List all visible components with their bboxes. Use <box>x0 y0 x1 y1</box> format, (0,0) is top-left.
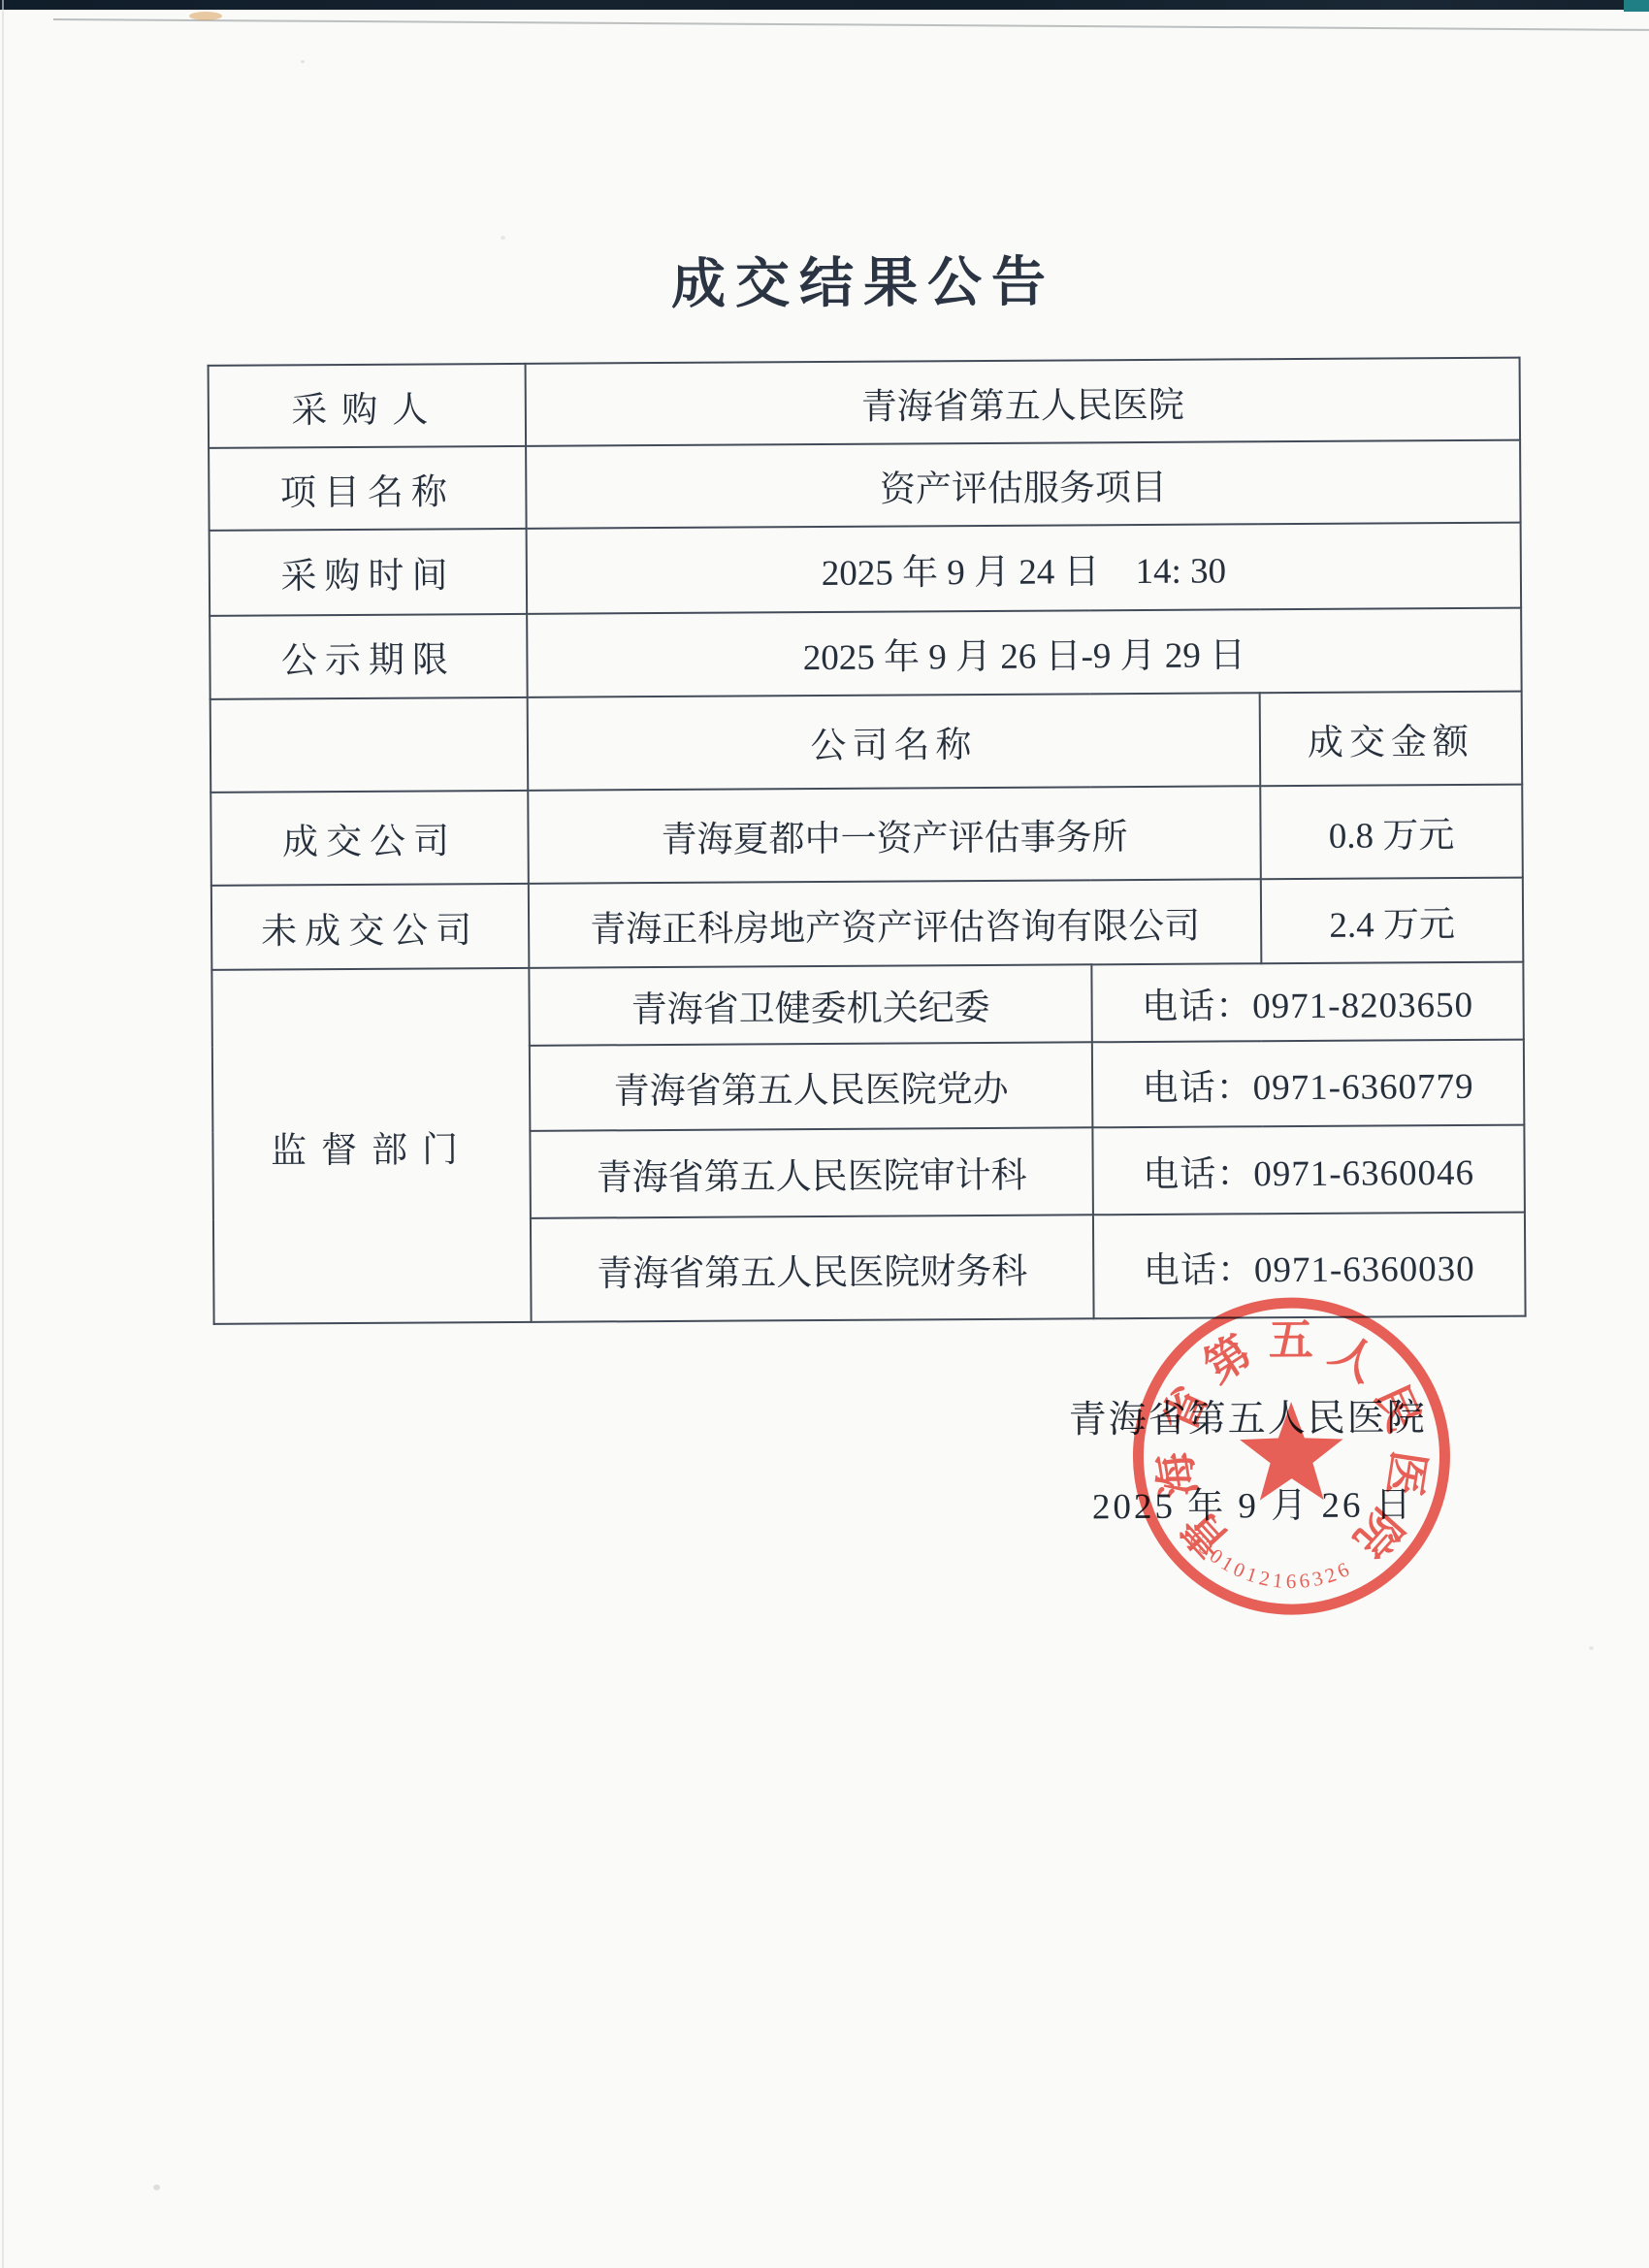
company-name: 青海夏都中一资产评估事务所 <box>528 786 1261 884</box>
document-title: 成交结果公告 <box>223 237 1503 322</box>
company-amount: 0.8 万元 <box>1260 785 1523 880</box>
row-label: 成交公司 <box>210 791 529 886</box>
company-name: 青海正科房地产资产评估咨询有限公司 <box>529 879 1262 968</box>
column-header-amount: 成交金额 <box>1260 692 1523 787</box>
supervision-department: 青海省第五人民医院财务科 <box>531 1215 1094 1322</box>
supervision-department: 青海省第五人民医院审计科 <box>530 1127 1093 1218</box>
svg-text:民: 民 <box>1366 1377 1429 1439</box>
table-row-company-header: 公司名称 成交金额 <box>210 692 1523 793</box>
table-row-purchase-time: 采购时间 2025 年 9 月 24 日 14: 30 <box>210 523 1522 616</box>
svg-text:第: 第 <box>1196 1326 1260 1392</box>
supervision-label: 监督部门 <box>211 968 531 1324</box>
announcement-table: 采购人 青海省第五人民医院 项目名称 资产评估服务项目 采购时间 2025 年 … <box>208 357 1527 1325</box>
table-row-publicity-period: 公示期限 2025 年 9 月 26 日-9 月 29 日 <box>210 608 1522 699</box>
document-sheet: 成交结果公告 采购人 青海省第五人民医院 项目名称 资产评估服务项目 采购时间 … <box>0 0 1649 2268</box>
table-row-purchaser: 采购人 青海省第五人民医院 <box>209 358 1521 448</box>
row-label: 未成交公司 <box>211 884 530 970</box>
row-value: 资产评估服务项目 <box>526 440 1521 529</box>
official-seal-stamp: 青 海 省 第 五 人 民 医 院 6301012166326 <box>1125 1290 1457 1622</box>
scanned-page: 成交结果公告 采购人 青海省第五人民医院 项目名称 资产评估服务项目 采购时间 … <box>0 0 1649 2268</box>
row-label: 公示期限 <box>210 614 528 699</box>
row-label: 采购人 <box>209 364 527 448</box>
supervision-phone: 电话：0971-8203650 <box>1091 962 1524 1043</box>
empty-cell <box>210 697 529 793</box>
row-value: 2025 年 9 月 24 日 14: 30 <box>527 523 1522 614</box>
row-value: 2025 年 9 月 26 日-9 月 29 日 <box>527 608 1522 697</box>
supervision-department: 青海省第五人民医院党办 <box>530 1042 1093 1131</box>
svg-text:医: 医 <box>1378 1447 1434 1499</box>
supervision-phone: 电话：0971-6360046 <box>1092 1125 1525 1215</box>
row-label: 采购时间 <box>210 529 528 616</box>
svg-text:海: 海 <box>1149 1449 1206 1502</box>
table-row-winning-company: 成交公司 青海夏都中一资产评估事务所 0.8 万元 <box>210 785 1523 886</box>
company-amount: 2.4 万元 <box>1261 878 1524 964</box>
row-value: 青海省第五人民医院 <box>526 358 1521 446</box>
stamp-star-icon <box>1240 1402 1343 1501</box>
supervision-phone: 电话：0971-6360779 <box>1092 1040 1525 1128</box>
row-label: 项目名称 <box>209 446 527 531</box>
column-header-company-name: 公司名称 <box>528 693 1261 791</box>
table-row-project-name: 项目名称 资产评估服务项目 <box>209 440 1521 531</box>
svg-text:人: 人 <box>1322 1326 1386 1392</box>
table-row-losing-company: 未成交公司 青海正科房地产资产评估咨询有限公司 2.4 万元 <box>211 878 1524 970</box>
table-row-supervision-1: 监督部门 青海省卫健委机关纪委 电话：0971-8203650 <box>211 962 1523 1048</box>
svg-text:五: 五 <box>1269 1315 1313 1365</box>
supervision-department: 青海省卫健委机关纪委 <box>529 964 1091 1046</box>
svg-text:省: 省 <box>1153 1379 1216 1441</box>
